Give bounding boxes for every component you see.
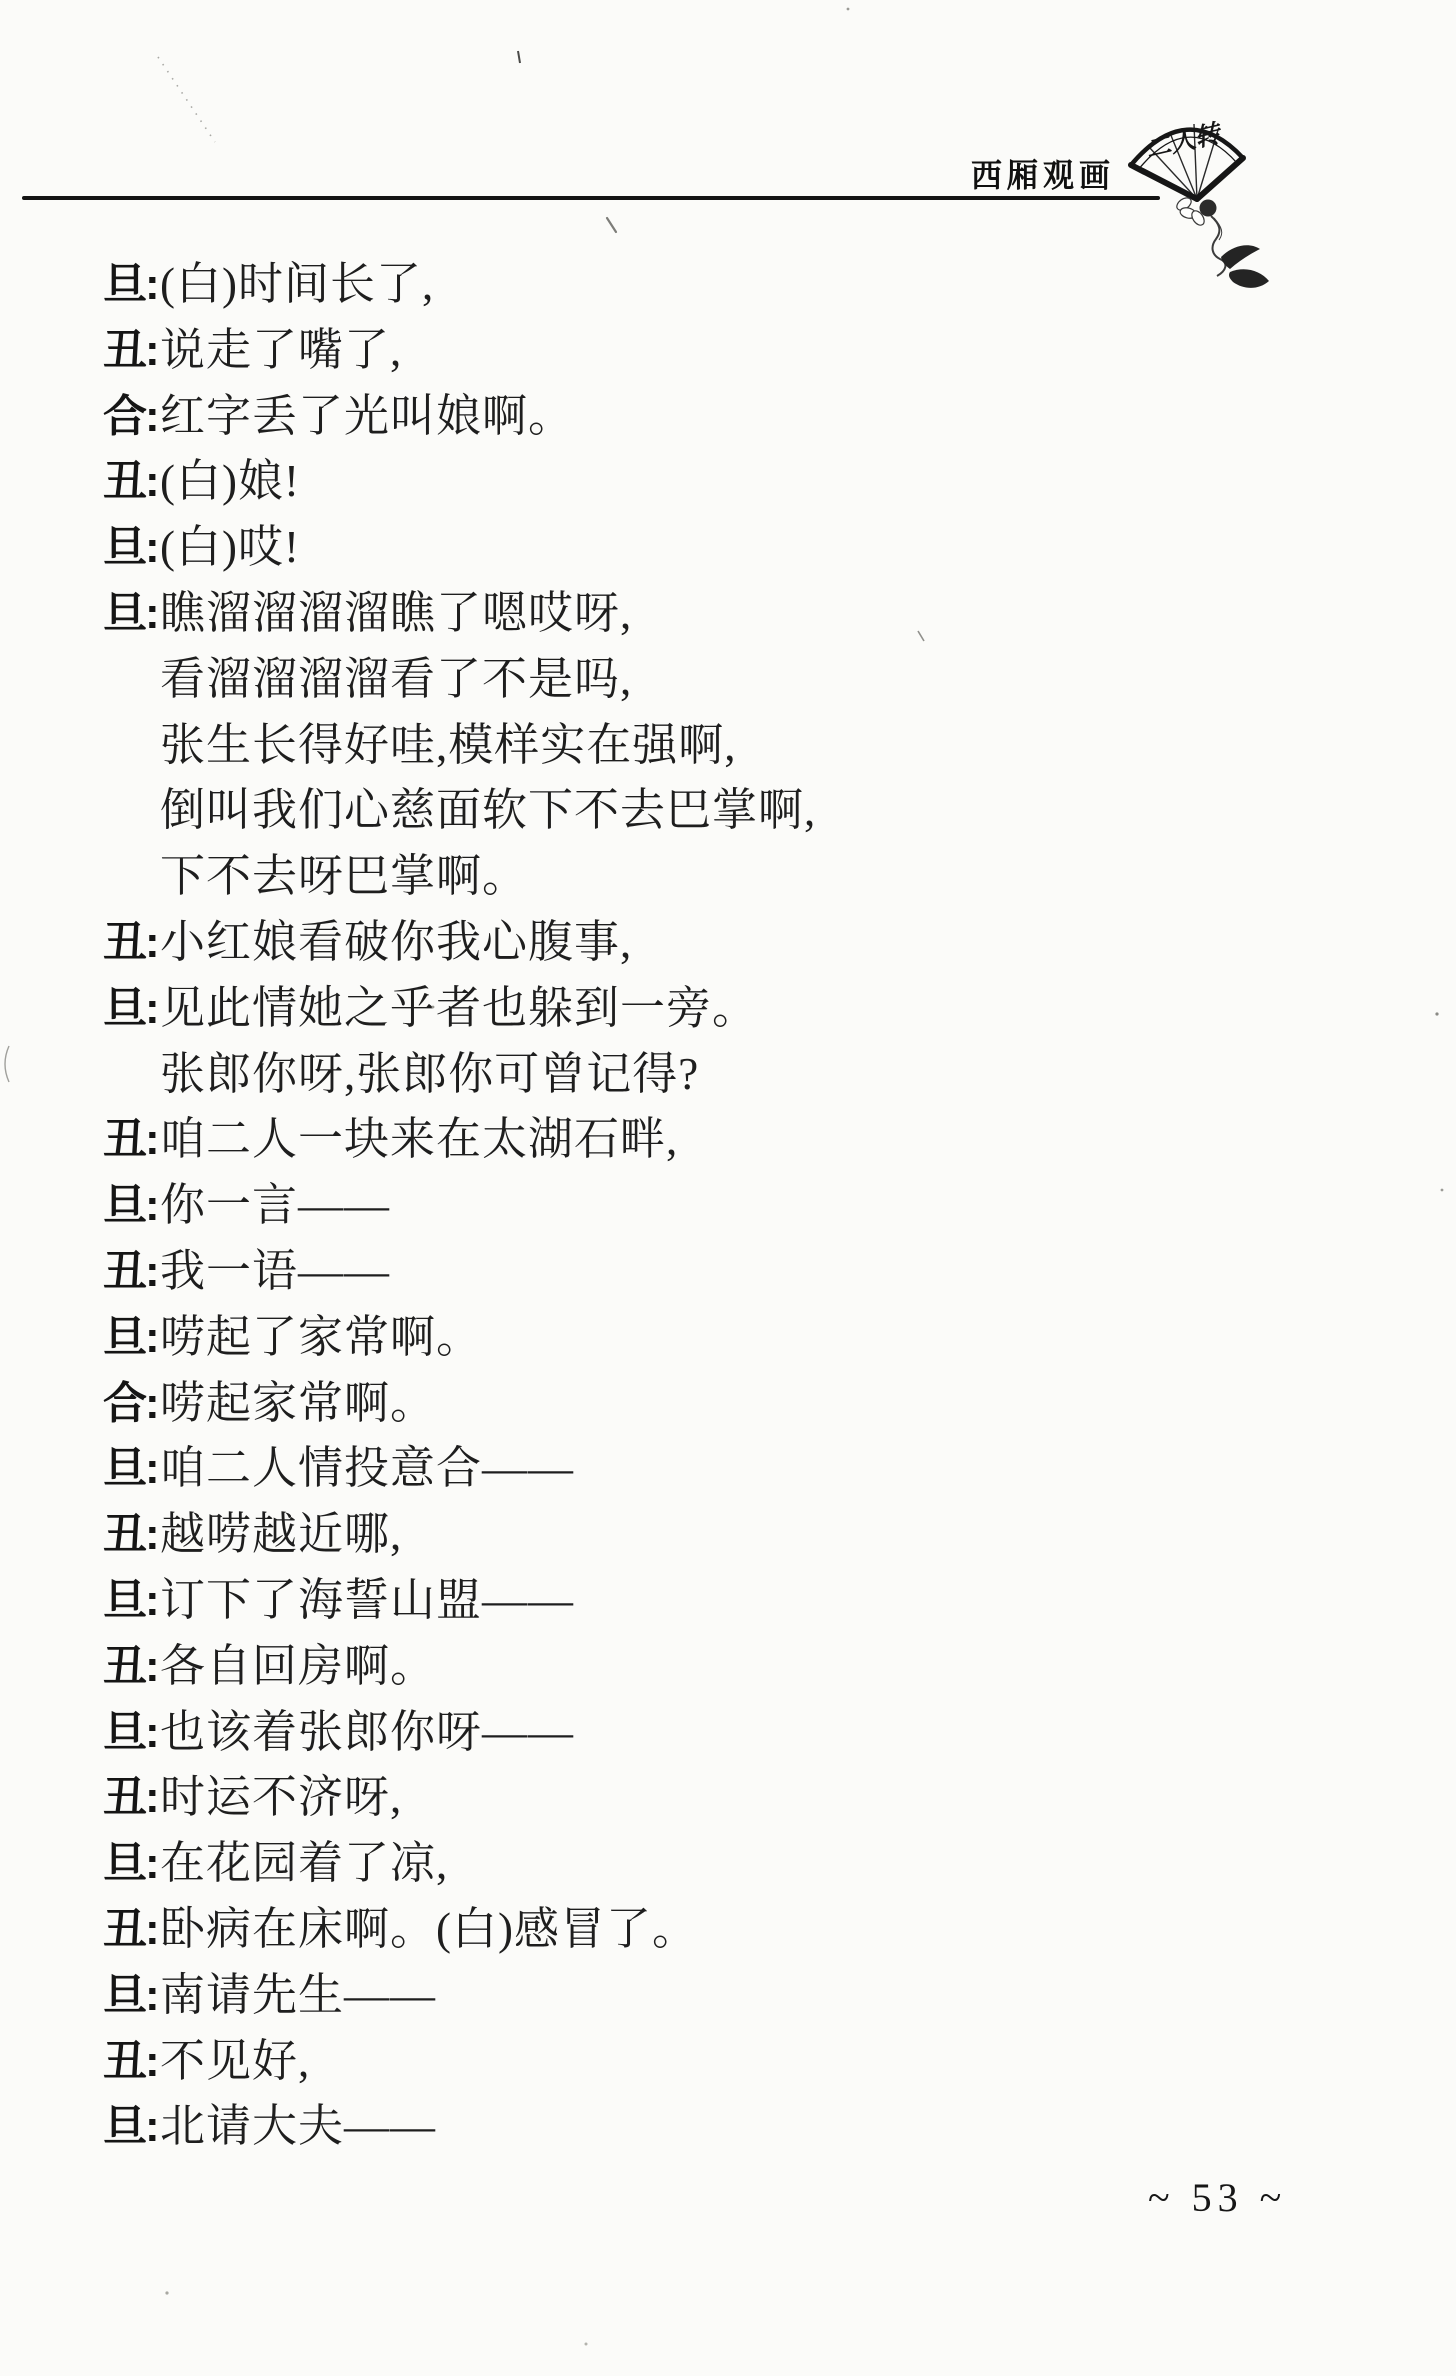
dialogue-text: 张郎你呀,张郎你可曾记得? [160, 1042, 699, 1108]
speaker-label: 旦: [103, 1963, 160, 2029]
dialogue-line: 丑: 各自回房啊。 [103, 1634, 1423, 1700]
dialogue-line: 丑: 卧病在床啊。(白)感冒了。 [103, 1897, 1423, 1963]
dialogue-text: (白)哎! [160, 515, 300, 581]
dialogue-line: 旦: 订下了海誓山盟—— [103, 1568, 1423, 1634]
dialogue-line: 丑: 咱二人一块来在太湖石畔, [103, 1107, 1423, 1173]
book-page: 西厢观画 二人转 旦: (白)时间长了 [0, 0, 1456, 2376]
speaker-label: 旦: [103, 1700, 160, 1766]
dialogue-line: 丑: 我一语—— [103, 1239, 1423, 1305]
dialogue-line: 旦: 在花园着了凉, [103, 1831, 1423, 1897]
dialogue-text: 咱二人一块来在太湖石畔, [160, 1107, 678, 1173]
dialogue-line: 张生长得好哇,模样实在强啊, [103, 713, 1423, 779]
speaker-label: 丑: [103, 910, 160, 976]
dialogue-line: 旦: 瞧溜溜溜溜瞧了嗯哎呀, [103, 581, 1423, 647]
speaker-label: 旦: [103, 515, 160, 581]
dialogue-line: 旦: 见此情她之乎者也躲到一旁。 [103, 976, 1423, 1042]
dialogue-line: 丑: 时运不济呀, [103, 1765, 1423, 1831]
fan-label-text: 二人转 [1143, 119, 1225, 164]
dialogue-text: 见此情她之乎者也躲到一旁。 [160, 976, 758, 1042]
dialogue-text: 瞧溜溜溜溜瞧了嗯哎呀, [160, 581, 632, 647]
speaker-label: 丑: [103, 1634, 160, 1700]
dialogue-text: 各自回房啊。 [160, 1634, 436, 1700]
dialogue-text: 卧病在床啊。(白)感冒了。 [160, 1897, 698, 1963]
dialogue-text: 红字丢了光叫娘啊。 [160, 384, 574, 450]
dialogue-text: 南请先生—— [160, 1963, 436, 2029]
speaker-label: 丑: [103, 318, 160, 384]
dialogue-line: 旦: (白)时间长了, [103, 252, 1423, 318]
running-title: 西厢观画 [971, 149, 1115, 196]
speaker-label: 丑: [103, 1765, 160, 1831]
dialogue-line: 合: 唠起家常啊。 [103, 1371, 1423, 1437]
dialogue-text: 我一语—— [160, 1239, 390, 1305]
speaker-label: 旦: [103, 1173, 160, 1239]
speaker-label: 旦: [103, 1831, 160, 1897]
dialogue-text: 张生长得好哇,模样实在强啊, [160, 713, 737, 779]
dialogue-text: 咱二人情投意合—— [160, 1436, 574, 1502]
speaker-label: 旦: [103, 252, 160, 318]
speaker-label: 旦: [103, 1568, 160, 1634]
speaker-label: 旦: [103, 1436, 160, 1502]
dialogue-line: 倒叫我们心慈面软下不去巴掌啊, [103, 778, 1423, 844]
speaker-label: 丑: [103, 2029, 160, 2095]
dialogue-text: 越唠越近哪, [160, 1502, 402, 1568]
dialogue-text: 唠起了家常啊。 [160, 1305, 482, 1371]
dialogue-text: 唠起家常啊。 [160, 1371, 436, 1437]
dialogue-line: 丑: 说走了嘴了, [103, 318, 1423, 384]
tassel-bead [1200, 200, 1217, 217]
speaker-label: 旦: [103, 2094, 160, 2160]
dialogue-line: 旦: 南请先生—— [103, 1963, 1423, 2029]
speaker-label: 丑: [103, 1239, 160, 1305]
dialogue-text: 时运不济呀, [160, 1765, 402, 1831]
dialogue-line: 丑: 小红娘看破你我心腹事, [103, 910, 1423, 976]
dialogue-text: 你一言—— [160, 1173, 390, 1239]
dialogue-line: 张郎你呀,张郎你可曾记得? [103, 1042, 1423, 1108]
dialogue-list: 旦: (白)时间长了, 丑: 说走了嘴了, 合: 红字丢了光叫娘啊。 丑: (白… [103, 252, 1423, 2160]
dialogue-line: 看溜溜溜溜看了不是吗, [103, 647, 1423, 713]
dialogue-line: 丑: 越唠越近哪, [103, 1502, 1423, 1568]
speaker-label: 旦: [103, 976, 160, 1042]
dialogue-text: 北请大夫—— [160, 2094, 436, 2160]
dialogue-line: 下不去呀巴掌啊。 [103, 844, 1423, 910]
dialogue-line: 旦: 唠起了家常啊。 [103, 1305, 1423, 1371]
dialogue-line: 旦: 北请大夫—— [103, 2094, 1423, 2160]
dialogue-line: 丑: (白)娘! [103, 449, 1423, 515]
dialogue-text: 下不去呀巴掌啊。 [160, 844, 528, 910]
speaker-label: 丑: [103, 449, 160, 515]
dialogue-line: 旦: 你一言—— [103, 1173, 1423, 1239]
speaker-label: 合: [103, 384, 160, 450]
speaker-label: 丑: [103, 1107, 160, 1173]
page-number: ~ 53 ~ [1148, 2174, 1287, 2221]
speaker-label: 旦: [103, 581, 160, 647]
dialogue-text: 看溜溜溜溜看了不是吗, [160, 647, 632, 713]
speaker-label: 旦: [103, 1305, 160, 1371]
dialogue-text: 说走了嘴了, [160, 318, 402, 384]
dialogue-line: 旦: 也该着张郎你呀—— [103, 1700, 1423, 1766]
dialogue-line: 合: 红字丢了光叫娘啊。 [103, 384, 1423, 450]
dialogue-line: 旦: (白)哎! [103, 515, 1423, 581]
dialogue-line: 旦: 咱二人情投意合—— [103, 1436, 1423, 1502]
speaker-label: 丑: [103, 1897, 160, 1963]
dialogue-text: 订下了海誓山盟—— [160, 1568, 574, 1634]
dialogue-text: 倒叫我们心慈面软下不去巴掌啊, [160, 778, 816, 844]
dialogue-text: 在花园着了凉, [160, 1831, 448, 1897]
speaker-label: 丑: [103, 1502, 160, 1568]
speaker-label: 合: [103, 1371, 160, 1437]
dialogue-text: 不见好, [160, 2029, 310, 2095]
dialogue-text: (白)娘! [160, 449, 300, 515]
dialogue-text: 小红娘看破你我心腹事, [160, 910, 632, 976]
dialogue-line: 丑: 不见好, [103, 2029, 1423, 2095]
dialogue-text: (白)时间长了, [160, 252, 434, 318]
header-rule [22, 196, 1160, 200]
dialogue-text: 也该着张郎你呀—— [160, 1700, 574, 1766]
